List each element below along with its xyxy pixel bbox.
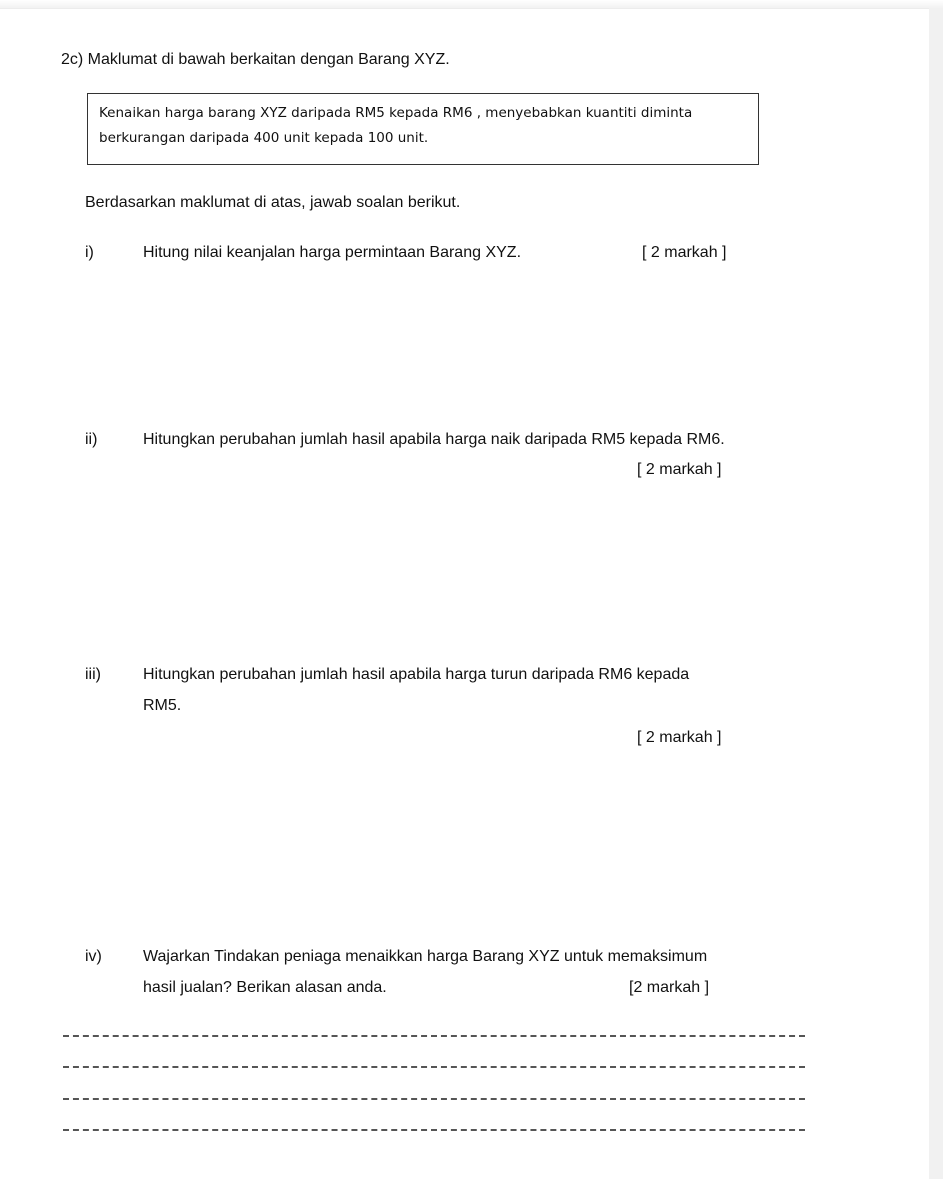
answer-line	[63, 1066, 805, 1068]
instruction-text: Berdasarkan maklumat di atas, jawab soal…	[85, 193, 460, 213]
answer-line	[63, 1098, 805, 1100]
part-ii-marks: [ 2 markah ]	[637, 460, 721, 480]
question-heading: 2c) Maklumat di bawah berkaitan dengan B…	[61, 50, 450, 70]
part-iii-text-line-2: RM5.	[143, 696, 181, 716]
part-iv-marks: [2 markah ]	[629, 978, 709, 998]
part-ii-text: Hitungkan perubahan jumlah hasil apabila…	[143, 430, 725, 450]
part-iii-marks: [ 2 markah ]	[637, 728, 721, 748]
part-iv-text-line-2: hasil jualan? Berikan alasan anda.	[143, 978, 387, 998]
document-page: 2c) Maklumat di bawah berkaitan dengan B…	[0, 0, 929, 1179]
info-box-text: Kenaikan harga barang XYZ daripada RM5 k…	[99, 101, 749, 151]
part-iv-number: iv)	[85, 947, 102, 967]
answer-line	[63, 1129, 805, 1131]
part-i-marks: [ 2 markah ]	[642, 243, 726, 263]
part-iv-text-line-1: Wajarkan Tindakan peniaga menaikkan harg…	[143, 947, 707, 967]
part-iii-text-line-1: Hitungkan perubahan jumlah hasil apabila…	[143, 665, 689, 685]
info-box: Kenaikan harga barang XYZ daripada RM5 k…	[87, 93, 759, 165]
part-i-text: Hitung nilai keanjalan harga permintaan …	[143, 243, 521, 263]
answer-line	[63, 1035, 805, 1037]
part-iii-number: iii)	[85, 665, 101, 685]
part-ii-number: ii)	[85, 430, 97, 450]
scrollbar-track[interactable]	[929, 8, 943, 1179]
part-i-number: i)	[85, 243, 94, 263]
